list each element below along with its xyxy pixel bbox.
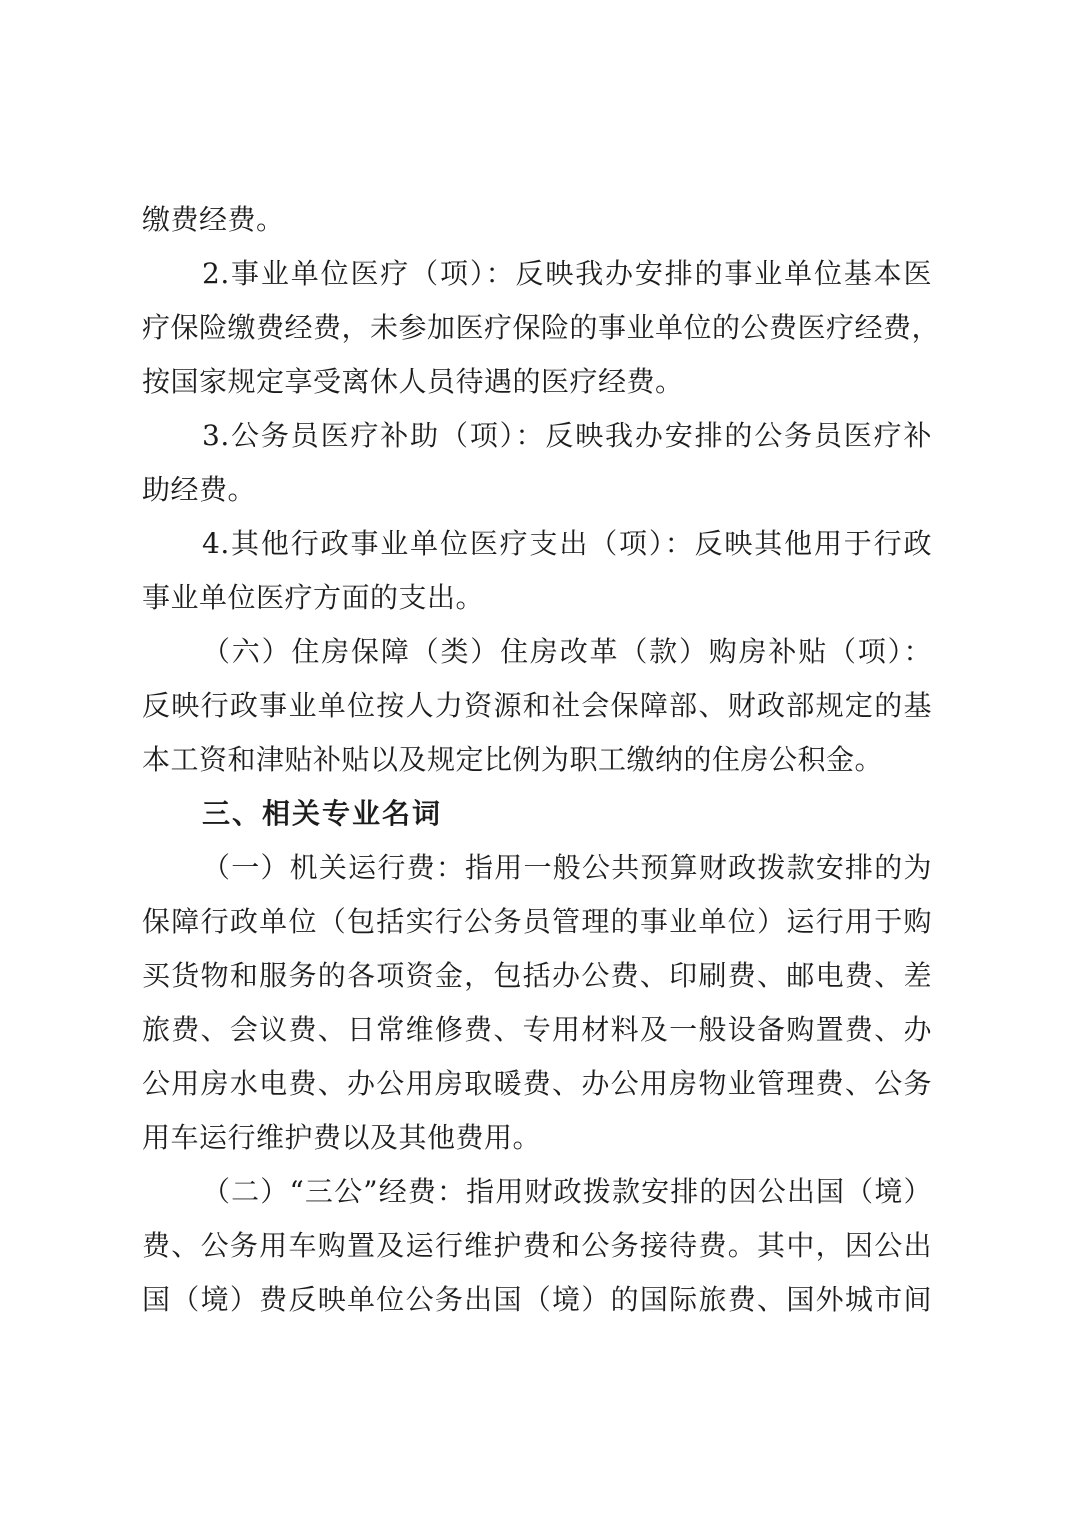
text-line: 买货物和服务的各项资金，包括办公费、印刷费、邮电费、差 [142, 949, 932, 1003]
para-contribution-funds-tail: 缴费经费。 [142, 193, 932, 247]
text-line: （一）机关运行费：指用一般公共预算财政拨款安排的为 [142, 841, 932, 895]
text-line: 2.事业单位医疗（项）：反映我办安排的事业单位基本医 [142, 247, 932, 301]
text-line: 助经费。 [142, 463, 932, 517]
text-line: 公用房水电费、办公用房取暖费、办公用房物业管理费、公务 [142, 1057, 932, 1111]
para-item-4-other-admin-medical-expenditure: 4.其他行政事业单位医疗支出（项）：反映其他用于行政事业单位医疗方面的支出。 [142, 517, 932, 625]
section-heading: 三、相关专业名词 [142, 787, 932, 841]
heading-section-3-terminology: 三、相关专业名词 [142, 787, 932, 841]
text-line: 事业单位医疗方面的支出。 [142, 571, 932, 625]
para-item-3-civil-servant-medical-subsidy: 3.公务员医疗补助（项）：反映我办安排的公务员医疗补助经费。 [142, 409, 932, 517]
para-item-2-public-institution-medical: 2.事业单位医疗（项）：反映我办安排的事业单位基本医疗保险缴费经费，未参加医疗保… [142, 247, 932, 409]
text-column: 缴费经费。2.事业单位医疗（项）：反映我办安排的事业单位基本医疗保险缴费经费，未… [142, 193, 932, 1327]
text-line: 反映行政事业单位按人力资源和社会保障部、财政部规定的基 [142, 679, 932, 733]
text-line: 费、公务用车购置及运行维护费和公务接待费。其中，因公出 [142, 1219, 932, 1273]
text-line: （六）住房保障（类）住房改革（款）购房补贴（项）： [142, 625, 932, 679]
text-line: 缴费经费。 [142, 193, 932, 247]
para-term-1-agency-operating-costs: （一）机关运行费：指用一般公共预算财政拨款安排的为保障行政单位（包括实行公务员管… [142, 841, 932, 1165]
document-page: 缴费经费。2.事业单位医疗（项）：反映我办安排的事业单位基本医疗保险缴费经费，未… [0, 0, 1074, 1520]
text-line: 用车运行维护费以及其他费用。 [142, 1111, 932, 1165]
para-item-6-housing-security: （六）住房保障（类）住房改革（款）购房补贴（项）：反映行政事业单位按人力资源和社… [142, 625, 932, 787]
text-line: 本工资和津贴补贴以及规定比例为职工缴纳的住房公积金。 [142, 733, 932, 787]
text-line: 3.公务员医疗补助（项）：反映我办安排的公务员医疗补 [142, 409, 932, 463]
text-line: 国（境）费反映单位公务出国（境）的国际旅费、国外城市间 [142, 1273, 932, 1327]
text-line: 疗保险缴费经费，未参加医疗保险的事业单位的公费医疗经费， [142, 301, 932, 355]
text-line: （二）“三公”经费：指用财政拨款安排的因公出国（境） [142, 1165, 932, 1219]
text-line: 4.其他行政事业单位医疗支出（项）：反映其他用于行政 [142, 517, 932, 571]
text-line: 按国家规定享受离休人员待遇的医疗经费。 [142, 355, 932, 409]
text-line: 旅费、会议费、日常维修费、专用材料及一般设备购置费、办 [142, 1003, 932, 1057]
text-line: 保障行政单位（包括实行公务员管理的事业单位）运行用于购 [142, 895, 932, 949]
para-term-2-three-public-expenses: （二）“三公”经费：指用财政拨款安排的因公出国（境）费、公务用车购置及运行维护费… [142, 1165, 932, 1327]
